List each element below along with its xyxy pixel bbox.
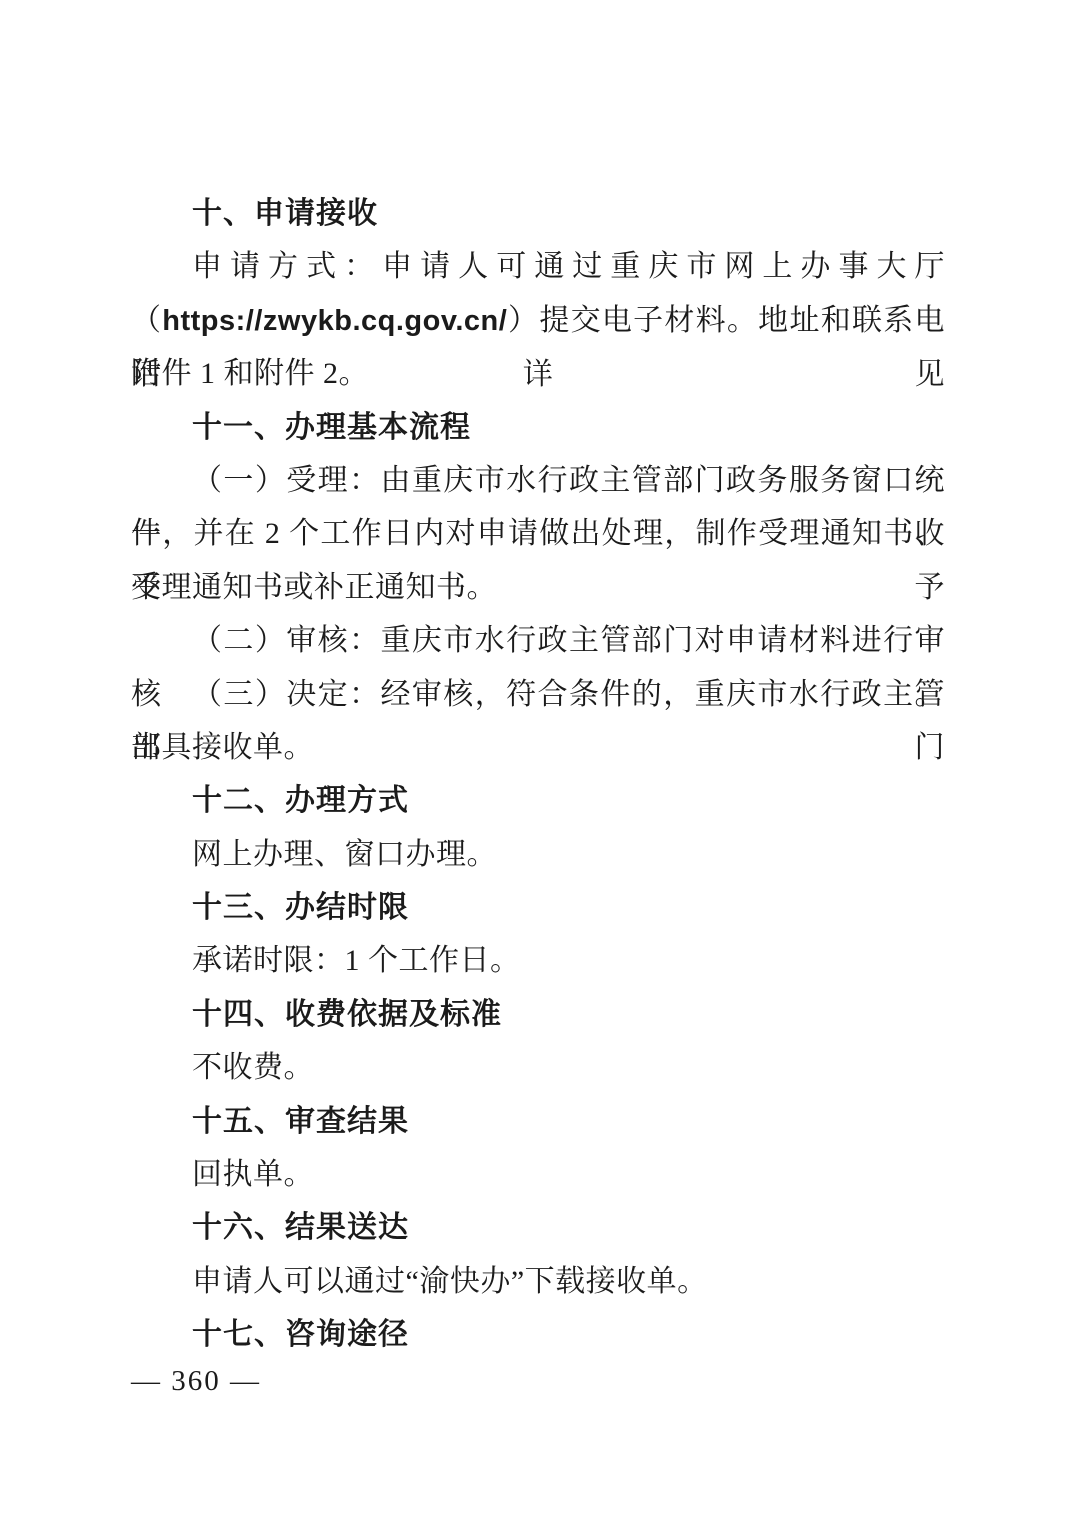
section-heading-14: 十四、收费依据及标准: [131, 988, 945, 1041]
section-heading-10: 十、申请接收: [131, 187, 945, 240]
url-text: https://zwykb.cq.gov.cn/: [162, 305, 507, 337]
section-heading-17: 十七、咨询途径: [131, 1308, 945, 1361]
paragraph-line: （三）决定：经审核，符合条件的，重庆市水行政主管部门: [131, 668, 945, 721]
section-heading-12: 十二、办理方式: [131, 774, 945, 827]
section-heading-15: 十五、审查结果: [131, 1095, 945, 1148]
document-page: 十、申请接收 申请方式：申请人可通过重庆市网上办事大厅 （https://zwy…: [0, 0, 1075, 1519]
paragraph-line: 回执单。: [131, 1148, 945, 1201]
paragraph-line: 申请方式：申请人可通过重庆市网上办事大厅: [131, 240, 945, 293]
section-heading-13: 十三、办结时限: [131, 881, 945, 934]
paragraph-line: 网上办理、窗口办理。: [131, 828, 945, 881]
paragraph-line: （二）审核：重庆市水行政主管部门对申请材料进行审核。: [131, 614, 945, 667]
paragraph-line: （https://zwykb.cq.gov.cn/）提交电子材料。地址和联系电话…: [131, 294, 945, 347]
section-heading-16: 十六、结果送达: [131, 1201, 945, 1254]
paragraph-line: 不收费。: [131, 1041, 945, 1094]
paragraph-line: 承诺时限：1 个工作日。: [131, 934, 945, 987]
open-paren: （: [131, 304, 162, 337]
paragraph-line: 申请人可以通过“渝快办”下载接收单。: [131, 1255, 945, 1308]
document-body: 十、申请接收 申请方式：申请人可通过重庆市网上办事大厅 （https://zwy…: [131, 187, 945, 1362]
paragraph-line: 件，并在 2 个工作日内对申请做出处理，制作受理通知书、不予: [131, 507, 945, 560]
page-number: — 360 —: [131, 1361, 261, 1401]
paragraph-line: （一）受理：由重庆市水行政主管部门政务服务窗口统一收: [131, 454, 945, 507]
section-heading-11: 十一、办理基本流程: [131, 401, 945, 454]
